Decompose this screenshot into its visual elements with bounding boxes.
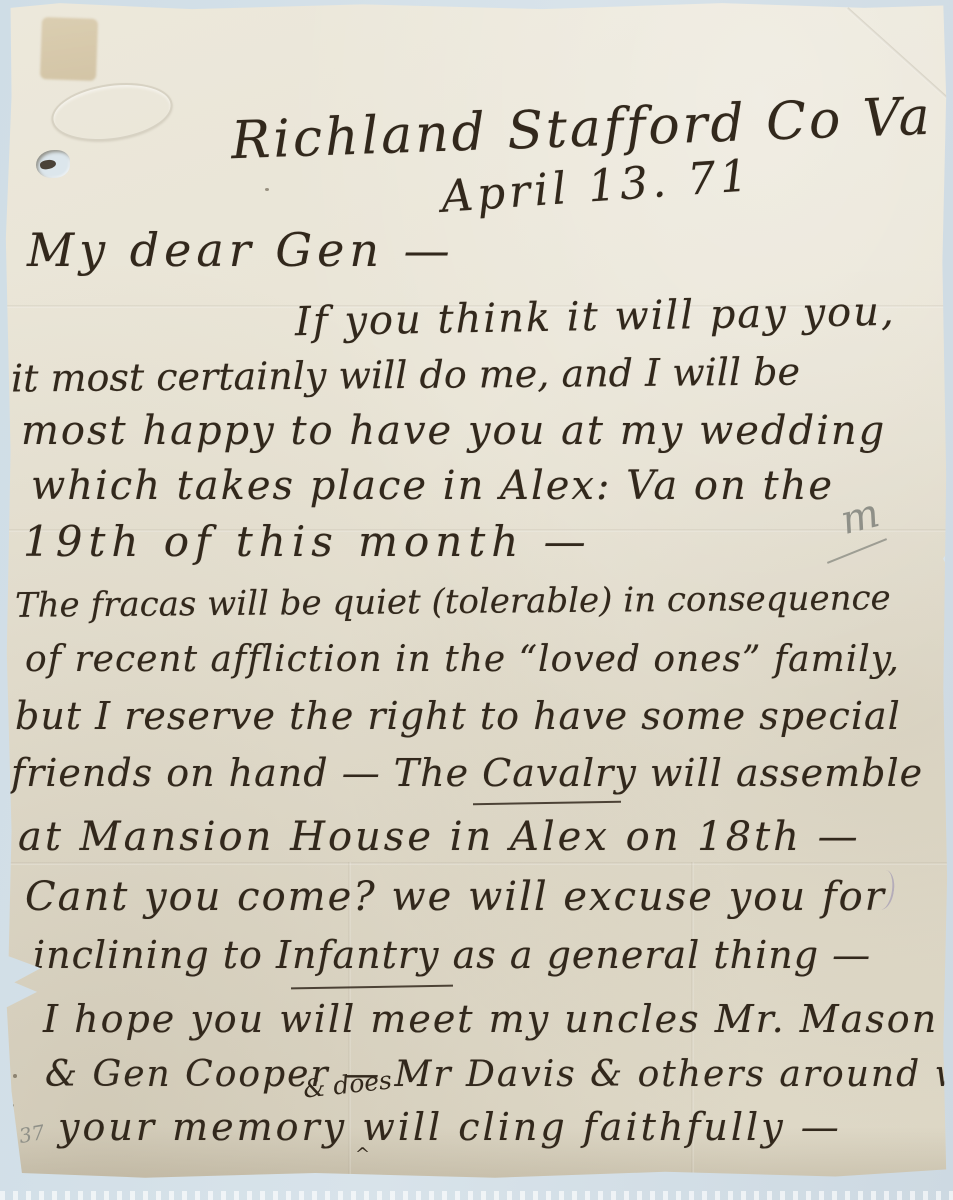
scan-bed-edge [0, 1191, 953, 1200]
embossed-seal [48, 76, 177, 148]
edge-nick [941, 547, 951, 573]
place-line: Richland Stafford Co Va [230, 88, 933, 172]
body-line: 19th of this month — [23, 518, 592, 566]
salutation-line: My dear Gen — [27, 224, 455, 277]
pencil-squiggle-underline [827, 538, 887, 564]
body-line: inclining to Infantry as a general thing… [33, 934, 871, 978]
ink-speck [13, 1074, 17, 1078]
ink-speck [265, 188, 269, 191]
body-line: which takes place in Alex: Va on the [31, 463, 834, 509]
letter-paper: Richland Stafford Co Va April 13. 71 My … [3, 2, 949, 1186]
body-line: The fracas will be quiet (tolerable) in … [15, 579, 891, 626]
body-line: I hope you will meet my uncles Mr. Mason [43, 998, 938, 1042]
insertion-caret: ^ [355, 1144, 370, 1165]
cavalry-underline [473, 801, 621, 806]
body-line: & Gen Cooper — Mr Davis & others around … [45, 1054, 953, 1095]
fold-crease-horizontal [3, 862, 949, 865]
body-line: friends on hand — The Cavalry will assem… [11, 752, 923, 796]
body-line: most happy to have you at my wedding [21, 408, 886, 454]
body-line: but I reserve the right to have some spe… [15, 695, 901, 739]
body-line: it most certainly will do me, and I will… [11, 351, 800, 402]
pencil-page-number: 37 [17, 1120, 46, 1148]
tape-stain [40, 17, 98, 81]
infantry-underline [291, 985, 453, 990]
body-line: of recent affliction in the “loved ones”… [25, 639, 900, 680]
body-line: at Mansion House in Alex on 18th — [18, 814, 861, 860]
punch-hole [36, 150, 70, 178]
body-line: If you think it will pay you, [295, 289, 896, 345]
pencil-squiggle: m [836, 490, 884, 544]
ink-speck [11, 1104, 14, 1107]
body-line: your memory will cling faithfully — [58, 1106, 842, 1150]
body-line: Cant you come? we will excuse you for [25, 874, 886, 920]
